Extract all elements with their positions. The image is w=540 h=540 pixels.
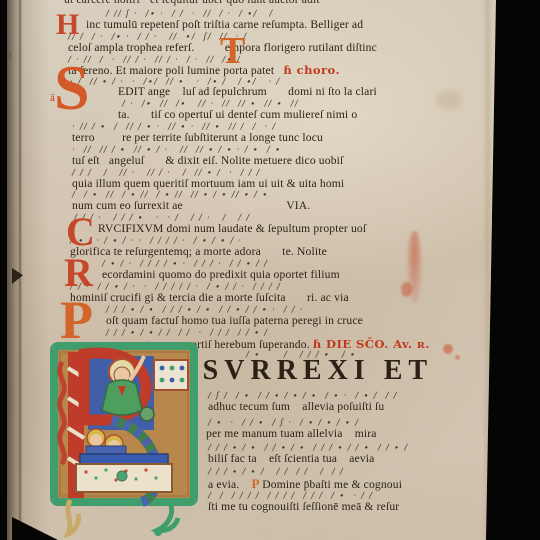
drop-cap-P: P	[60, 298, 93, 342]
chant-text-line: terro re per territe ſubſtiterunt a long…	[72, 131, 323, 144]
verse-mark: P	[252, 476, 263, 491]
text-run: biliſ fac ta eſt ſcientia tua aevia	[208, 452, 374, 465]
parchment-stain	[436, 90, 462, 110]
text-run: hominiſ crucifi gi & tercia die a morte …	[70, 291, 349, 304]
margin-mark: 9	[6, 50, 12, 62]
rubric-text: ɦ choro.	[283, 63, 340, 77]
text-run: ta ſereno. Et maiore poli lumine porta p…	[68, 64, 283, 77]
text-run: RVCIFIXVM domi num laudate & ſepultum pr…	[98, 222, 366, 235]
chant-text-line: biliſ fac ta eſt ſcientia tua aevia	[208, 452, 374, 465]
rubric-text: ɦ DIE SC̄O. Av. ʀ.	[313, 337, 430, 351]
patterned-tablet	[154, 360, 188, 390]
chant-text-line: ſti me tu cognouiſti ſeſſionē meā & reſu…	[208, 500, 399, 513]
chant-text-line: ut carcere noſtri · et ſequitur uber quo…	[64, 0, 320, 6]
chant-text-line: tuſ eſt angeluſ & dixit eiſ. Nolite metu…	[72, 154, 343, 167]
chant-text-line: EDIT ange luſ ad ſepulchrum domi ni ſto …	[118, 85, 377, 98]
drop-cap-T: T	[220, 36, 245, 67]
text-run: a evia.	[208, 478, 252, 491]
chant-text-line: glorifica te reſurgentemq; a morte adora…	[70, 245, 327, 258]
manuscript-photo: ut carcere noſtri · et ſequitur uber quo…	[0, 0, 540, 540]
chant-text-line: adhuc tecum ſum allevia poſuiſti ſu	[208, 400, 384, 413]
drop-cap-C: C	[66, 216, 95, 249]
text-run: num cum eo ſurrexit ae VIA.	[72, 199, 310, 212]
drop-cap-R: R	[64, 257, 93, 290]
text-run: ecordamini quomo do predixit quia oporte…	[102, 268, 340, 281]
chant-text-line: RVCIFIXVM domi num laudate & ſepultum pr…	[98, 222, 366, 235]
text-run: quia illum quem queritiſ mortuum iam ui …	[72, 177, 344, 190]
margin-mark: ā	[50, 92, 55, 104]
text-run: terro re per territe ſubſtiterunt a long…	[72, 131, 323, 144]
chant-text-line: hominiſ crucifi gi & tercia die a morte …	[70, 291, 349, 304]
text-run: per me manum tuam allelvia mira	[206, 427, 377, 440]
spine-crease	[19, 0, 21, 540]
drop-cap-H: H	[56, 13, 79, 38]
parchment-page: ut carcere noſtri · et ſequitur uber quo…	[6, 0, 498, 540]
text-run: Domine p̄baſti me & cognoui	[262, 478, 402, 491]
angel-robe	[102, 380, 142, 415]
text-run: EDIT ange luſ ad ſepulchrum domi ni ſto …	[118, 85, 377, 98]
page-right-edge	[482, 0, 492, 540]
chant-text-line: per me manum tuam allelvia mira	[206, 427, 377, 440]
text-run: ſti me tu cognouiſti ſeſſionē meā & reſu…	[208, 500, 399, 513]
text-run: ut carcere noſtri · et ſequitur uber quo…	[64, 0, 320, 6]
chant-text-line: a evia. P Domine p̄baſti me & cognoui	[208, 476, 402, 492]
text-run: tuſ eſt angeluſ & dixit eiſ. Nolite metu…	[72, 154, 343, 167]
red-ink-blot	[401, 282, 412, 297]
text-run: ta. tiſ co opertuſ ui denteſ cum muliere…	[118, 108, 357, 121]
text-run: glorifica te reſurgentemq; a morte adora…	[70, 245, 327, 258]
illuminated-initial-R	[50, 342, 206, 538]
chant-text-line: ta ſereno. Et maiore poli lumine porta p…	[68, 63, 340, 77]
text-run: oſt quam factuſ homo tua iuſſa paterna p…	[106, 314, 363, 327]
red-ink-blot	[443, 344, 453, 354]
display-capitals: ESVRREXI ET	[178, 355, 433, 387]
chant-text-line: ta. tiſ co opertuſ ui denteſ cum muliere…	[118, 108, 357, 121]
chant-text-line: quia illum quem queritiſ mortuum iam ui …	[72, 177, 344, 190]
chant-text-line: num cum eo ſurrexit ae VIA.	[72, 199, 310, 212]
red-ink-dot	[455, 355, 460, 360]
drop-cap-S: S	[54, 62, 90, 114]
chant-text-line: oſt quam factuſ homo tua iuſſa paterna p…	[106, 314, 363, 327]
text-run: adhuc tecum ſum allevia poſuiſti ſu	[208, 400, 384, 413]
chant-text-line: ecordamini quomo do predixit quia oporte…	[102, 268, 340, 281]
text-run: ESVRREXI ET	[178, 355, 433, 386]
